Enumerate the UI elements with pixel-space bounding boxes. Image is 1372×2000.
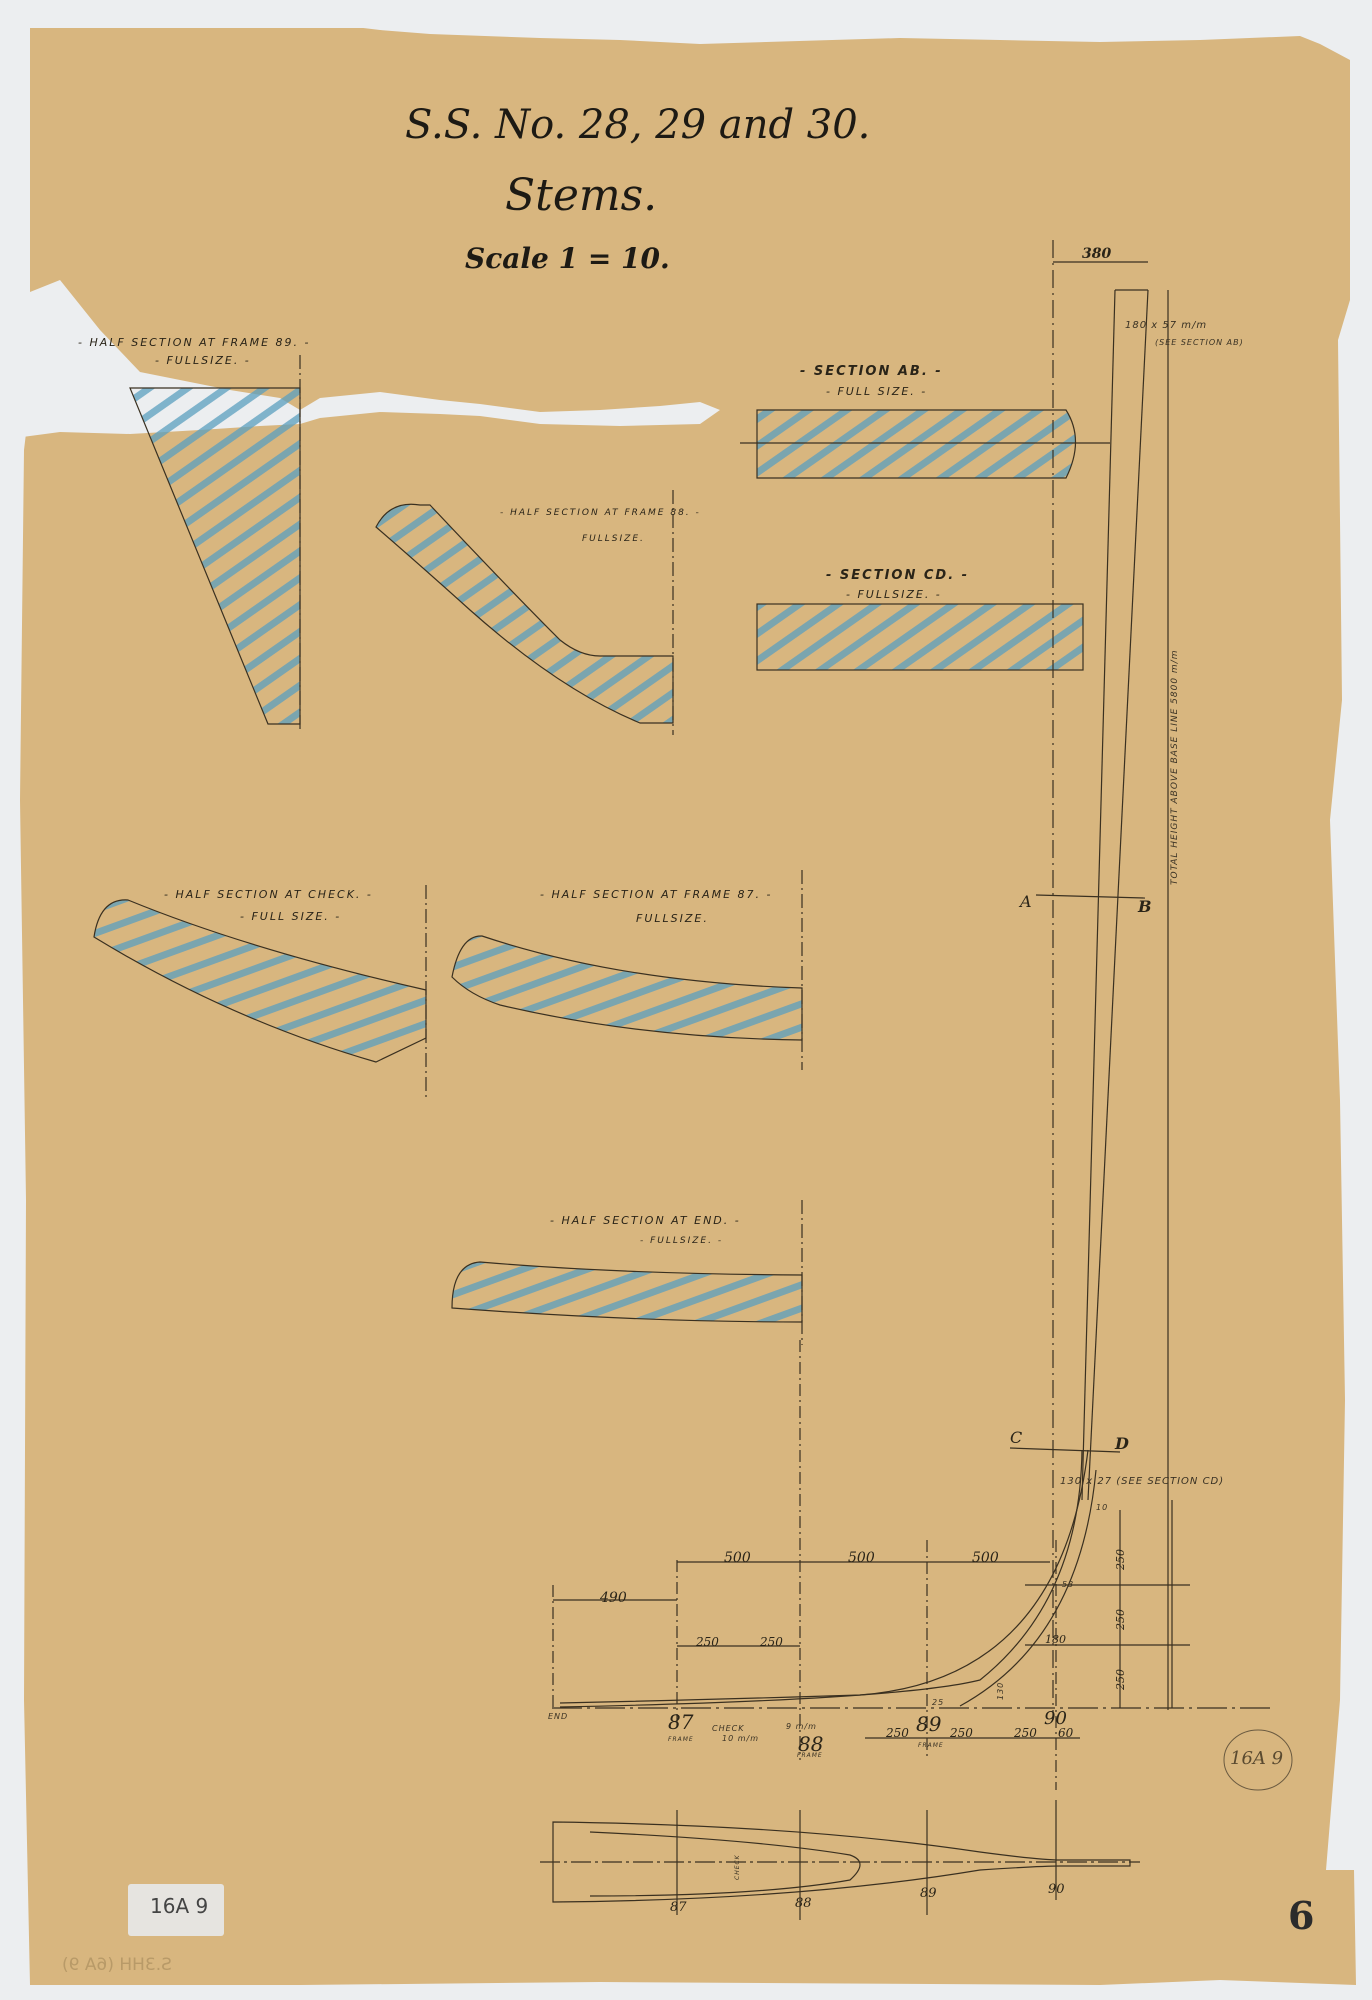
frame-89: 89 bbox=[916, 1712, 941, 1736]
point-b: B bbox=[1138, 897, 1152, 916]
plan-frame-90: 90 bbox=[1048, 1882, 1065, 1897]
label-frame88-sub: FULLSIZE. bbox=[582, 534, 645, 544]
title-ships: S.S. No. 28, 29 and 30. bbox=[405, 102, 870, 148]
plan-frame-87: 87 bbox=[670, 1900, 687, 1915]
frame-87-word: FRAME bbox=[668, 1736, 694, 1743]
label-frame89: - HALF SECTION AT FRAME 89. - bbox=[78, 336, 311, 349]
drawing-sheet bbox=[0, 0, 1372, 2000]
label-frame87-sub: FULLSIZE. bbox=[636, 912, 709, 925]
dim-500-1: 500 bbox=[724, 1550, 751, 1566]
label-section-cd: - SECTION CD. - bbox=[826, 568, 969, 583]
frame-88-word: FRAME bbox=[797, 1752, 823, 1759]
dim-250-bot-1: 250 bbox=[886, 1726, 909, 1740]
dim-380: 380 bbox=[1082, 246, 1111, 262]
dim-top-size: 180 x 57 m/m bbox=[1125, 320, 1207, 331]
dim-53: 53 bbox=[1062, 1580, 1074, 1589]
dim-490: 490 bbox=[600, 1590, 627, 1606]
dim-vert-250-1: 250 bbox=[1114, 1549, 1127, 1570]
label-check: - HALF SECTION AT CHECK. - bbox=[164, 888, 373, 901]
label-frame88: - HALF SECTION AT FRAME 88. - bbox=[500, 508, 701, 518]
plan-frame-88: 88 bbox=[795, 1896, 812, 1911]
sheet-number: 6 bbox=[1288, 1893, 1314, 1938]
frame-87: 87 bbox=[668, 1710, 693, 1734]
dim-25: 25 bbox=[932, 1698, 944, 1707]
check-sub: 10 m/m bbox=[722, 1734, 759, 1743]
plan-frame-89: 89 bbox=[920, 1886, 937, 1901]
point-a: A bbox=[1020, 892, 1032, 911]
dim-vert-250-2: 250 bbox=[1114, 1609, 1127, 1630]
archive-card-text: 16A 9 bbox=[150, 1894, 208, 1918]
dim-cd-size: 130 x 27 (SEE SECTION CD) bbox=[1060, 1476, 1224, 1487]
label-end-sub: - FULLSIZE. - bbox=[640, 1236, 723, 1246]
circled-note: 16A 9 bbox=[1230, 1748, 1283, 1769]
check-label: CHECK bbox=[712, 1724, 745, 1733]
ghost-text: S.3HH (6A 9) bbox=[62, 1955, 172, 1975]
dim-10: 10 bbox=[1096, 1503, 1108, 1512]
dim-250-top-1: 250 bbox=[696, 1635, 719, 1649]
label-section-ab-sub: - FULL SIZE. - bbox=[826, 385, 927, 398]
frame-90: 90 bbox=[1044, 1708, 1067, 1729]
dim-500-2: 500 bbox=[848, 1550, 875, 1566]
dim-top-ref: (SEE SECTION AB) bbox=[1155, 338, 1244, 347]
plan-check-label: CHECK bbox=[734, 1854, 741, 1880]
dim-500-3: 500 bbox=[972, 1550, 999, 1566]
label-frame87: - HALF SECTION AT FRAME 87. - bbox=[540, 888, 773, 901]
archive-card: 16A 9 bbox=[128, 1884, 224, 1936]
label-end: - HALF SECTION AT END. - bbox=[550, 1214, 741, 1227]
label-check-sub: - FULL SIZE. - bbox=[240, 910, 341, 923]
total-height-label: TOTAL HEIGHT ABOVE BASE LINE 5800 m/m bbox=[1170, 650, 1180, 885]
label-section-ab: - SECTION AB. - bbox=[800, 364, 943, 379]
title-scale: Scale 1 = 10. bbox=[465, 242, 670, 275]
dim-250-bot-2: 250 bbox=[950, 1726, 973, 1740]
dim-180: 180 bbox=[1045, 1633, 1066, 1646]
dim-130: 130 bbox=[996, 1682, 1005, 1700]
point-d: D bbox=[1115, 1434, 1129, 1453]
label-frame89-sub: - FULLSIZE. - bbox=[155, 354, 251, 367]
frame88-sub: 9 m/m bbox=[786, 1722, 817, 1731]
label-section-cd-sub: - FULLSIZE. - bbox=[846, 588, 942, 601]
point-c: C bbox=[1010, 1428, 1022, 1447]
dim-250-bot-3: 250 bbox=[1014, 1726, 1037, 1740]
dim-vert-250-3: 250 bbox=[1114, 1669, 1127, 1690]
title-stems: Stems. bbox=[505, 170, 657, 221]
end-label: END bbox=[548, 1712, 568, 1721]
dim-250-top-2: 250 bbox=[760, 1635, 783, 1649]
frame-89-word: FRAME bbox=[918, 1742, 944, 1749]
